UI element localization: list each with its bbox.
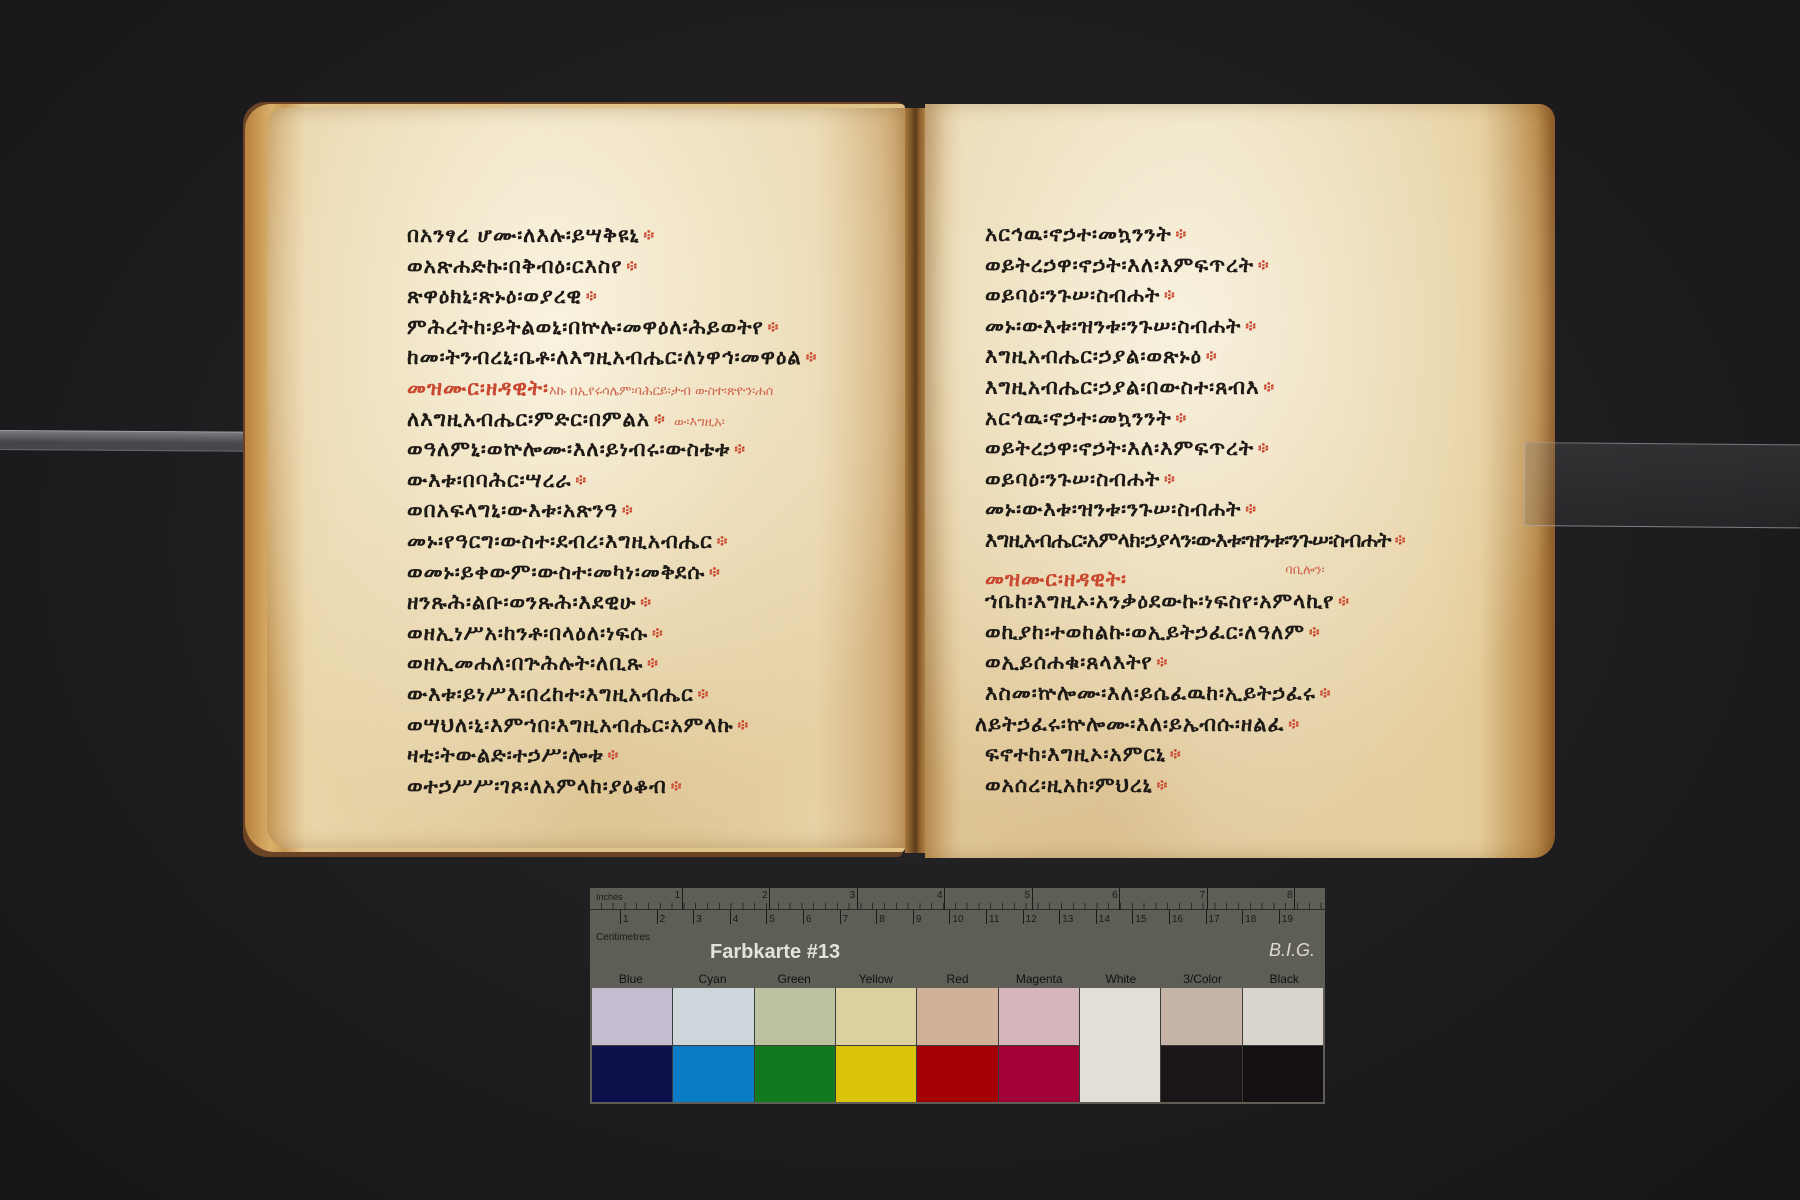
color-swatches (592, 988, 1323, 1102)
inch-number: 1 (675, 890, 681, 901)
cm-number: 16 (1172, 914, 1183, 925)
swatch-tint (673, 988, 753, 1045)
text-line: ወይባዕ፡ንጉሠ፡ስብሐት፨ (985, 464, 1405, 495)
cm-number: 6 (806, 914, 812, 925)
text-line: ወኢይሰሐቁ፡ጸላእትየ፨ (985, 647, 1405, 678)
cm-tick (949, 910, 950, 924)
punctuation-mark-icon: ፨ (1157, 776, 1169, 794)
swatch-tint (755, 988, 835, 1045)
punctuation-mark-icon: ፨ (1258, 439, 1270, 457)
swatch-solid (917, 1046, 997, 1103)
text-line: መኑ፡ውእቱ፡ዝንቱ፡ንጉሠ፡ስብሐት፨ (985, 494, 1405, 525)
swatch-blue (592, 988, 672, 1102)
inch-tick (857, 888, 858, 910)
punctuation-mark-icon: ፨ (1176, 409, 1188, 427)
marginal-note: ባቢሎን፡ (1285, 563, 1324, 578)
cm-tick (620, 910, 621, 924)
cm-tick (1059, 910, 1060, 924)
punctuation-mark-icon: ፨ (1245, 317, 1257, 335)
swatch-solid (755, 1046, 835, 1103)
text-line: ዘንጹሕ፡ልቡ፡ወንጹሕ፡እደዊሁ፨ (407, 587, 817, 618)
inch-ruler (590, 888, 1325, 910)
inch-tick (769, 888, 770, 910)
cm-tick (693, 910, 694, 924)
swatch-tint (1161, 988, 1241, 1045)
inch-tick (682, 888, 683, 910)
right-page-text: አርኅዉ፡ኖኃተ፡መኳንንት፨ ወይትረኃዋ፡ኖኃት፡እለ፡እምፍጥረት፨ ወይ… (985, 219, 1405, 800)
text-line: እስመ፡ኵሎሙ፡እለ፡ይሴፈዉከ፡ኢይትኃፈሩ፨ (985, 678, 1405, 709)
punctuation-mark-icon: ፨ (1258, 256, 1270, 274)
swatch-tint (1243, 988, 1323, 1045)
swatch-black (1243, 988, 1323, 1102)
swatch-tint (999, 988, 1079, 1045)
swatch-solid (999, 1046, 1079, 1103)
punctuation-mark-icon: ፨ (608, 746, 620, 764)
cm-number: 12 (1026, 914, 1037, 925)
text-line: ፍኖተከ፡እግዚኦ፡አምርኒ፨ (985, 739, 1405, 770)
text-line: ኀቤከ፡እግዚኦ፡አንቃዕደውኩ፡ነፍስየ፡አምላኪየ፨ (985, 586, 1405, 617)
cm-number: 18 (1245, 914, 1256, 925)
swatch-tint (1080, 988, 1160, 1102)
cm-tick (1169, 910, 1170, 924)
cm-number: 8 (879, 914, 885, 925)
cm-number: 13 (1062, 914, 1073, 925)
text-line: እግዚአብሔር፡ኃያል፡በውስተ፡ጸብእ፨ (985, 372, 1405, 403)
punctuation-mark-icon: ፨ (737, 716, 749, 734)
cm-tick (1023, 910, 1024, 924)
text-line: ጽዋዕክኒ፡ጽኑዕ፡ወያረዊ፨ (407, 281, 817, 312)
punctuation-mark-icon: ፨ (622, 501, 634, 519)
swatch-green (755, 988, 835, 1102)
left-page: በአንፃረ ሆሙ፡ለእሉ፡ይሣቅዩኒ፨ ወአጽሐድኩ፡በቅብዕ፡ርእስየ፨ ጽዋ… (267, 108, 912, 848)
inch-tick (1207, 888, 1208, 910)
punctuation-mark-icon: ፨ (1309, 623, 1321, 641)
inch-number: 2 (762, 890, 768, 901)
swatch-label: Magenta (998, 972, 1080, 988)
text-line: አርኅዉ፡ኖኃተ፡መኳንንት፨ (985, 219, 1405, 250)
text-line: መኑ፡የዓርግ፡ውስተ፡ደብረ፡እግዚአብሔር፨ (407, 526, 817, 557)
swatch-label: Yellow (835, 972, 917, 988)
swatch-3-color (1161, 988, 1241, 1102)
cm-number: 11 (989, 914, 999, 925)
text-line: ወአሰረ፡ዚአከ፡ምህረኒ፨ (985, 770, 1405, 801)
inch-tick (944, 888, 945, 910)
cm-tick (803, 910, 804, 924)
text-line: ለእግዚአብሔር፡ምድር፡በምልአ፨ ው፡እግዚአ፡ (407, 404, 817, 435)
card-brand: B.I.G. (1269, 940, 1315, 961)
text-line: ወኪያከ፡ተወከልኩ፡ወኢይትኃፈር፡ለዓለም፨ (985, 617, 1405, 648)
cm-tick (657, 910, 658, 924)
swatch-label: Green (753, 972, 835, 988)
punctuation-mark-icon: ፨ (576, 471, 588, 489)
cm-tick (840, 910, 841, 924)
text-line: ዛቲ፡ትውልድ፡ተኃሥ፡ሎቱ፨ (407, 740, 817, 771)
swatch-solid (1243, 1046, 1323, 1103)
punctuation-mark-icon: ፨ (1264, 378, 1276, 396)
inch-number: 6 (1112, 890, 1118, 901)
punctuation-mark-icon: ፨ (627, 257, 639, 275)
inch-tick (1294, 888, 1295, 910)
swatch-solid (592, 1046, 672, 1103)
inch-tick (1032, 888, 1033, 910)
acrylic-strip-right (1524, 442, 1800, 528)
swatch-label: Blue (590, 972, 672, 988)
punctuation-mark-icon: ፨ (709, 563, 721, 581)
cm-number: 7 (843, 914, 849, 925)
text-line: ወአጽሐድኩ፡በቅብዕ፡ርእስየ፨ (407, 251, 817, 282)
cm-number: 19 (1282, 914, 1293, 925)
swatch-red (917, 988, 997, 1102)
punctuation-mark-icon: ፨ (806, 348, 818, 366)
punctuation-mark-icon: ፨ (640, 593, 652, 611)
swatch-tint (836, 988, 916, 1045)
punctuation-mark-icon: ፨ (1170, 745, 1182, 763)
cm-number: 17 (1209, 914, 1220, 925)
cm-number: 4 (733, 914, 739, 925)
cm-tick (1206, 910, 1207, 924)
text-line: ወሣህለ፡ኒ፡እምኀበ፡እግዚአብሔር፡አምላኩ፨ (407, 710, 817, 741)
punctuation-mark-icon: ፨ (1288, 715, 1300, 733)
swatch-label: 3/Color (1162, 972, 1244, 988)
cm-number: 15 (1135, 914, 1146, 925)
cm-number: 10 (952, 914, 963, 925)
punctuation-mark-icon: ፨ (698, 685, 710, 703)
cm-tick (913, 910, 914, 924)
cm-tick (766, 910, 767, 924)
left-page-text: በአንፃረ ሆሙ፡ለእሉ፡ይሣቅዩኒ፨ ወአጽሐድኩ፡በቅብዕ፡ርእስየ፨ ጽዋ… (407, 220, 817, 801)
rubric-heading: መዝሙር፡ዘዳዊት፡እኩ በኢየሩሳሌም፡ባሕርይ፡ታብ ውስተ፡ጽዮን፡ሐሰ (407, 373, 817, 404)
rubric-heading: መዝሙር፡ዘዳዊት፡ ባቢሎን፡ (985, 556, 1405, 587)
text-line: ውእቱ፡ይነሥእ፡በረከተ፡እግዚአብሔር፨ (407, 679, 817, 710)
inch-number: 3 (850, 890, 856, 901)
punctuation-mark-icon: ፨ (1320, 684, 1332, 702)
text-line: ወይትረኃዋ፡ኖኃት፡እለ፡እምፍጥረት፨ (985, 250, 1405, 281)
punctuation-mark-icon: ፨ (671, 777, 683, 795)
punctuation-mark-icon: ፨ (586, 287, 598, 305)
inch-number: 7 (1200, 890, 1206, 901)
punctuation-mark-icon: ፨ (768, 318, 780, 336)
text-line: ወዘኢመሐለ፡በጕሕሉት፡ለቢጹ፨ (407, 648, 817, 679)
swatch-label: White (1080, 972, 1162, 988)
text-line: ወመኑ፡ይቀውም፡ውስተ፡መካነ፡መቅደሱ፨ (407, 557, 817, 588)
text-line: ወተኃሥሥ፡ገጾ፡ለአምላከ፡ያዕቆብ፨ (407, 771, 817, 802)
punctuation-mark-icon: ፨ (717, 532, 729, 550)
punctuation-mark-icon: ፨ (1164, 286, 1176, 304)
punctuation-mark-icon: ፨ (652, 624, 664, 642)
punctuation-mark-icon: ፨ (1206, 347, 1218, 365)
cm-number: 1 (623, 914, 629, 925)
text-line: እግዚአብሔር፡ኃያል፡ወጽኑዕ፨ (985, 341, 1405, 372)
right-page: አርኅዉ፡ኖኃተ፡መኳንንት፨ ወይትረኃዋ፡ኖኃት፡እለ፡እምፍጥረት፨ ወይ… (925, 104, 1555, 858)
text-line: ወዘኢነሥአ፡ከንቶ፡በላዕለ፡ነፍሱ፨ (407, 618, 817, 649)
swatch-yellow (836, 988, 916, 1102)
text-line: ውእቱ፡በባሕር፡ሣረራ፨ (407, 465, 817, 496)
punctuation-mark-icon: ፨ (1157, 653, 1169, 671)
punctuation-mark-icon: ፨ (1245, 500, 1257, 518)
text-line: ምሕረትከ፡ይትልወኒ፡በኵሉ፡መዋዕለ፡ሕይወትየ፨ (407, 312, 817, 343)
text-line: እግዚአብሔር፡አምላክ፡ኃያላን፡ውእቱ፡ዝንቱ፡ንጉሠ፡ስብሐት፨ (985, 525, 1405, 556)
cm-number: 9 (916, 914, 922, 925)
cm-number: 3 (696, 914, 702, 925)
inches-label: Inches (596, 892, 623, 902)
cm-tick (1242, 910, 1243, 924)
swatch-tint (592, 988, 672, 1045)
swatch-solid (673, 1046, 753, 1103)
swatch-solid (836, 1046, 916, 1103)
swatch-magenta (999, 988, 1079, 1102)
marginal-note: ው፡እግዚአ፡ (674, 415, 725, 430)
punctuation-mark-icon: ፨ (647, 654, 659, 672)
text-line: መኑ፡ውእቱ፡ዝንቱ፡ንጉሠ፡ስብሐት፨ (985, 311, 1405, 342)
text-line: በአንፃረ ሆሙ፡ለእሉ፡ይሣቅዩኒ፨ (407, 220, 817, 251)
cm-tick (1132, 910, 1133, 924)
centimetres-label: Centimetres (596, 932, 650, 943)
swatch-label: Cyan (672, 972, 754, 988)
card-title: Farbkarte #13 (710, 941, 840, 964)
color-reference-card: Inches 12345678 123456789101112131415161… (590, 888, 1325, 1104)
inch-number: 4 (937, 890, 943, 901)
cm-tick (1279, 910, 1280, 924)
text-line: ወይባዕ፡ንጉሠ፡ስብሐት፨ (985, 280, 1405, 311)
swatch-labels: Blue Cyan Green Yellow Red Magenta White… (590, 972, 1325, 988)
text-line: ወበአፍላግኒ፡ውእቱ፡አጽንዓ፨ (407, 495, 817, 526)
swatch-white (1080, 988, 1160, 1102)
swatch-solid (1161, 1046, 1241, 1103)
punctuation-mark-icon: ፨ (1176, 225, 1188, 243)
swatch-label: Red (917, 972, 999, 988)
punctuation-mark-icon: ፨ (1164, 470, 1176, 488)
punctuation-mark-icon: ፨ (1395, 531, 1405, 549)
text-line: ወይትረኃዋ፡ኖኃት፡እለ፡እምፍጥረት፨ (985, 433, 1405, 464)
punctuation-mark-icon: ፨ (643, 226, 655, 244)
inch-number: 5 (1025, 890, 1031, 901)
cm-number: 2 (660, 914, 666, 925)
punctuation-mark-icon: ፨ (734, 440, 746, 458)
text-line: ከመ፡ትንብረኒ፡ቤቶ፡ለእግዚአብሔር፡ለነዋኅ፡መዋዕል፨ (407, 342, 817, 373)
swatch-tint (917, 988, 997, 1045)
cm-tick (730, 910, 731, 924)
open-manuscript: በአንፃረ ሆሙ፡ለእሉ፡ይሣቅዩኒ፨ ወአጽሐድኩ፡በቅብዕ፡ርእስየ፨ ጽዋ… (243, 98, 1558, 865)
cm-number: 14 (1099, 914, 1110, 925)
rubric-small-text: እኩ በኢየሩሳሌም፡ባሕርይ፡ታብ ውስተ፡ጽዮን፡ሐሰ (549, 384, 773, 399)
text-line: ለይትኃፈሩ፡ኵሎሙ፡እለ፡ይኤብሱ፡ዘልፈ፨ (975, 709, 1405, 740)
swatch-cyan (673, 988, 753, 1102)
inch-number: 8 (1287, 890, 1293, 901)
photo-scene: በአንፃረ ሆሙ፡ለእሉ፡ይሣቅዩኒ፨ ወአጽሐድኩ፡በቅብዕ፡ርእስየ፨ ጽዋ… (0, 0, 1800, 1200)
text-line: ወዓለምኒ፡ወኵሎሙ፡እለ፡ይነብሩ፡ውስቴቱ፨ (407, 434, 817, 465)
cm-tick (986, 910, 987, 924)
swatch-label: Black (1243, 972, 1325, 988)
inch-tick (1119, 888, 1120, 910)
cm-tick (876, 910, 877, 924)
punctuation-mark-icon: ፨ (654, 410, 666, 428)
punctuation-mark-icon: ፨ (1338, 592, 1350, 610)
text-line: አርኅዉ፡ኖኃተ፡መኳንንት፨ (985, 403, 1405, 434)
cm-number: 5 (769, 914, 775, 925)
cm-tick (1096, 910, 1097, 924)
